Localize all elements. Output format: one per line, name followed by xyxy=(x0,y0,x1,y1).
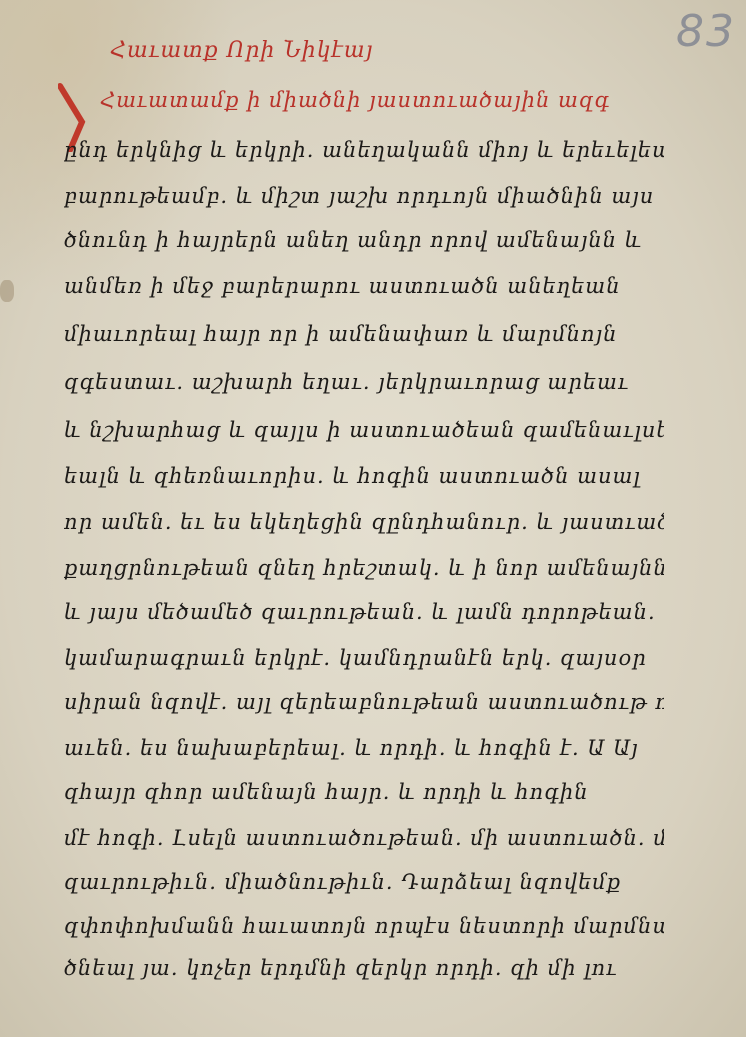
text-line: զաւրութիւն. միածնութիւն. Դարձեալ նզովեմք xyxy=(64,870,664,894)
text-line: զգեստաւ. աշխարհ եղաւ. յերկրաւորաց արեաւ xyxy=(64,370,664,394)
text-line: աւեն. ես նախաբերեալ. և որդի. և հոգին է. … xyxy=(64,736,664,760)
parchment-stain xyxy=(0,280,14,302)
text-line: զհայր զհոր ամենայն հայր. և որդի և հոգին xyxy=(64,780,664,804)
text-line: Հաւատամք ի միածնի յաստուածային ազգ xyxy=(100,88,700,112)
text-line: անմեռ ի մեջ բարերարու աստուածն անեղեան xyxy=(64,274,664,298)
text-line: մէ հոգի. Լսելն աստուածութեան. մի աստուած… xyxy=(64,826,664,850)
text-line: կամարագրաւն երկրէ. կամնդրանէն երկ. զայսօ… xyxy=(64,646,664,670)
text-line: որ ամեն. եւ ես եկեղեցին զընդհանուր. և յա… xyxy=(64,510,664,534)
text-line: բարութեամբ. և միշտ յաշխ որդւոյն միածնին … xyxy=(64,184,664,208)
text-line: միաւորեալ հայր որ ի ամենափառ և մարմնոյն xyxy=(64,322,664,346)
text-line: և նշխարհաց և զայլս ի աստուածեան զամենաւլ… xyxy=(64,418,664,442)
text-line: և յայս մեծամեծ զաւրութեան. և լամն դորոթե… xyxy=(64,600,664,624)
text-line: քաղցրնութեան զնեղ հրեշտակ. և ի նոր ամենա… xyxy=(64,556,664,580)
text-line: ծնունդ ի հայրերն անեղ անդր որով ամենայնն… xyxy=(64,228,664,252)
text-line: ծնեալ յա. կոչեր երդմնի զերկր որդի. զի մի… xyxy=(64,956,664,980)
folio-number: 83 xyxy=(676,6,736,57)
rubric-heading: Հաւատք Որի Նիկէայ xyxy=(110,38,373,63)
text-line: եալն և զհեռնաւորիս. և հոգին աստուածն ասա… xyxy=(64,464,664,488)
text-line: զփոփոխմանն հաւատոյն որպէս նեստորի մարմնա… xyxy=(64,914,664,938)
manuscript-page: 83 Հաւատք Որի Նիկէայ Հաւատամք ի միածնի յ… xyxy=(0,0,746,1037)
text-line: սիրան նզովէ. այլ զերեաբնութեան աստուածու… xyxy=(64,690,664,714)
text-line: ընդ երկնից և երկրի. անեղականն միոյ և երե… xyxy=(64,138,664,162)
